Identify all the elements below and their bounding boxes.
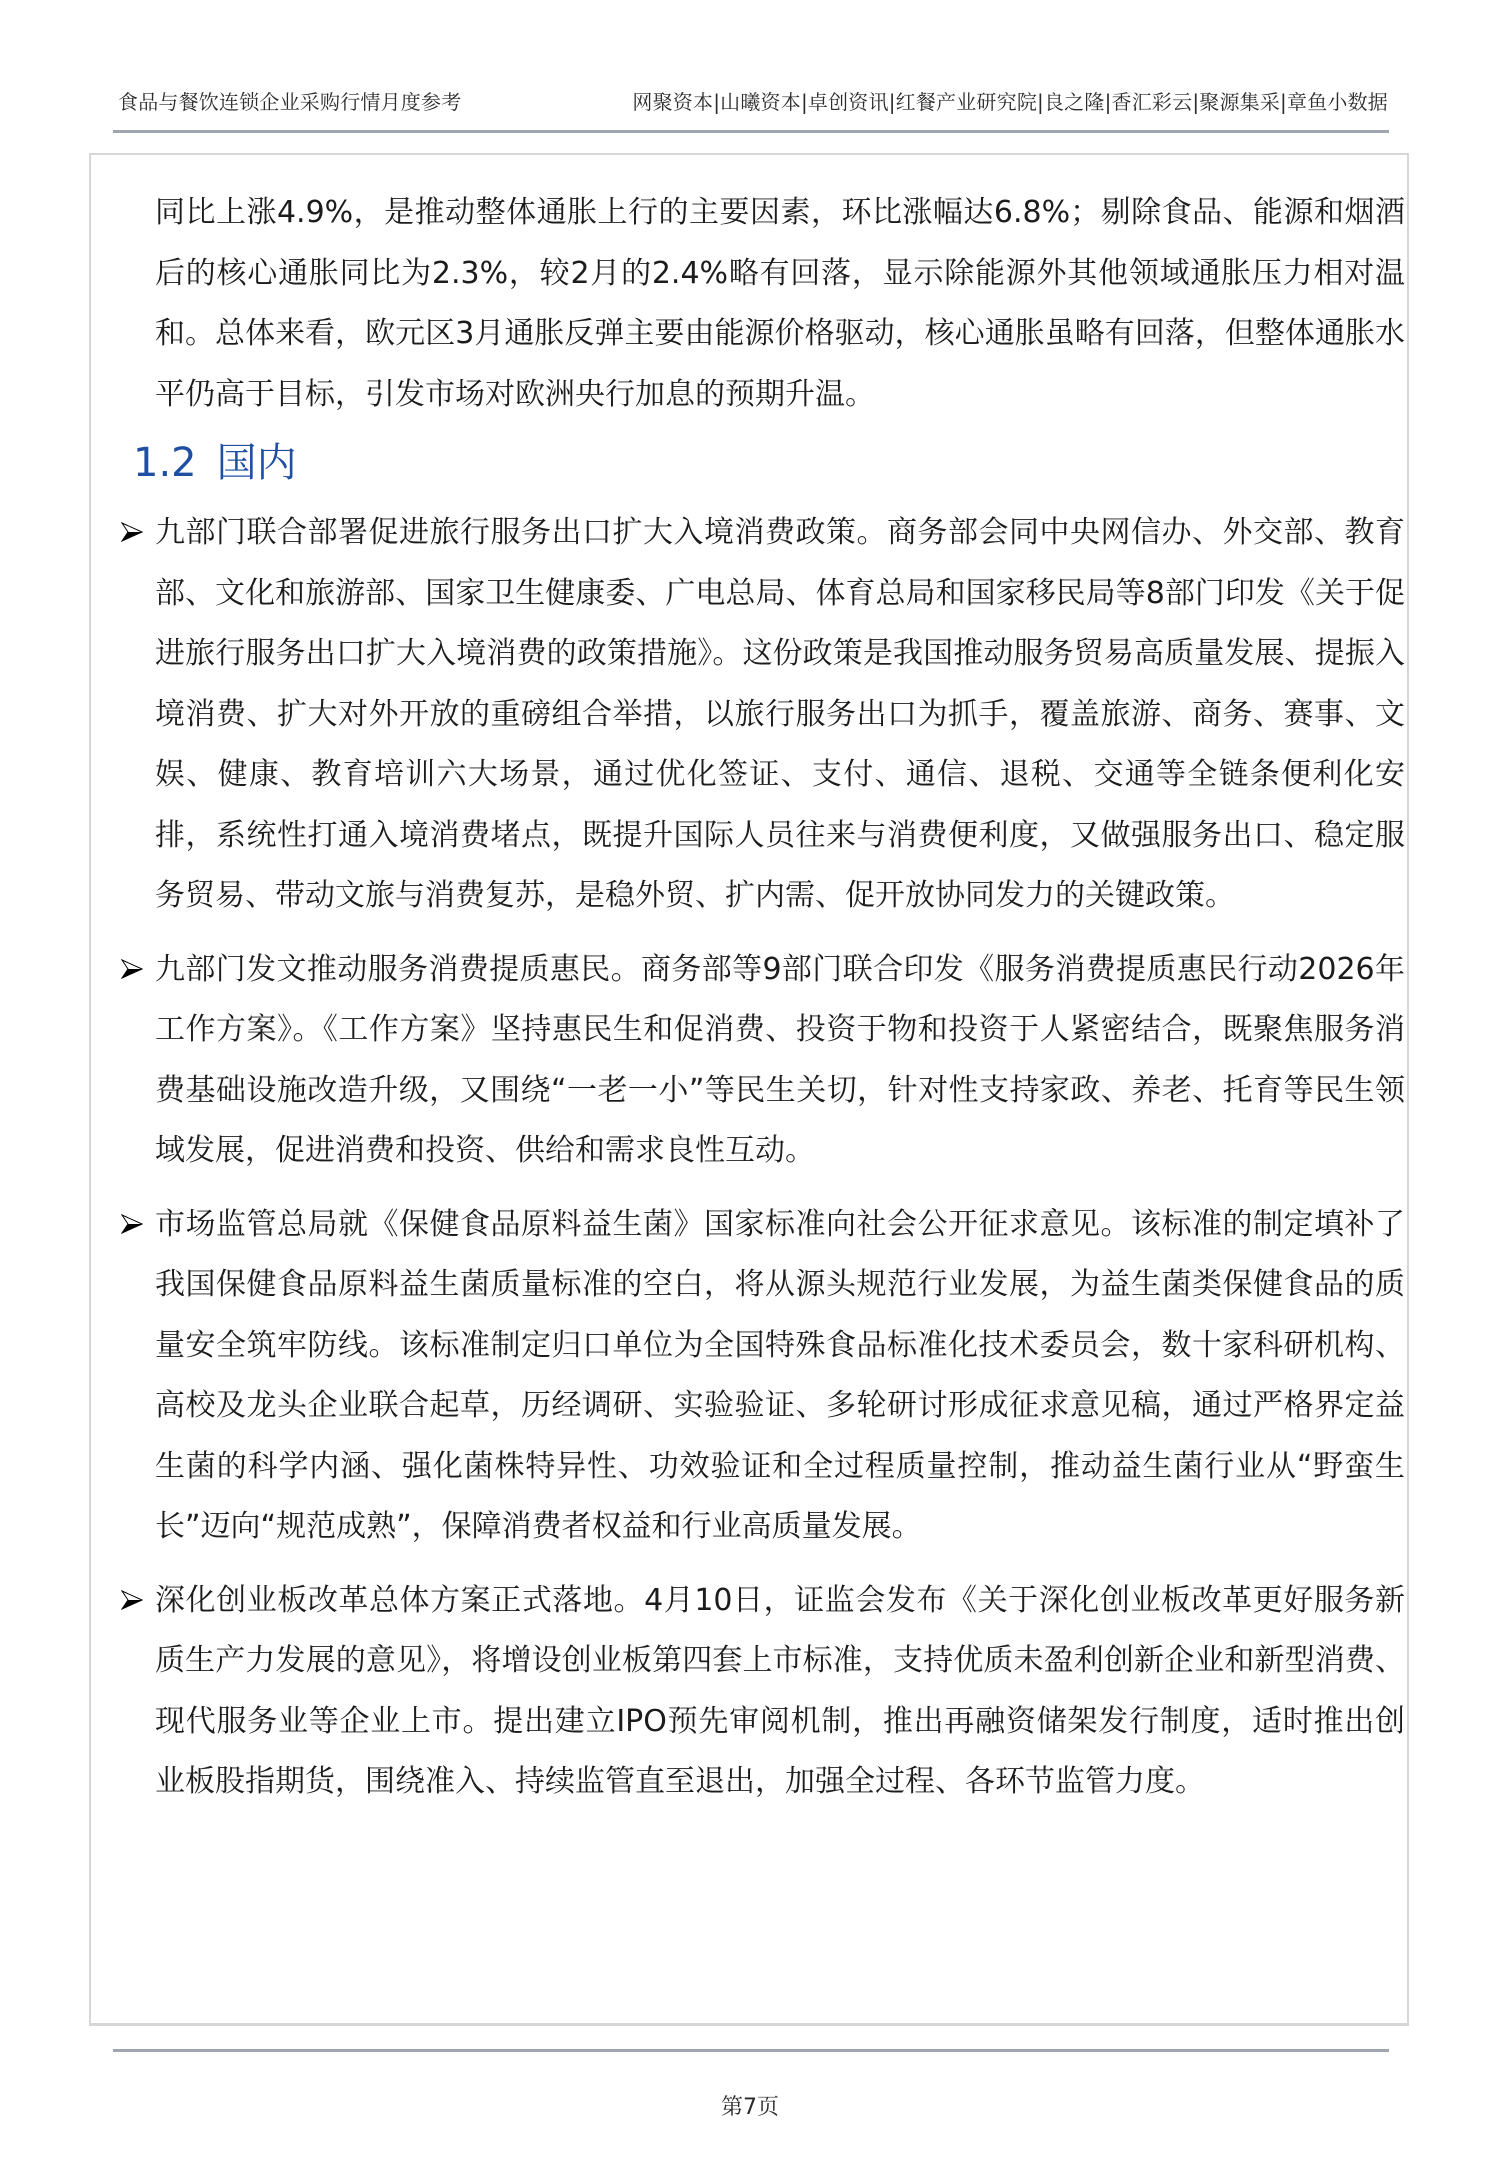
section-title: 国内 [217,440,297,486]
bullet-text: 九部门发文推动服务消费提质惠民。商务部等9部门联合印发《服务消费提质惠民行动20… [155,952,1405,1169]
arrowhead-bullet-icon [121,1589,143,1611]
page-number: 第7页 [0,2090,1500,2121]
document-title: 食品与餐饮连锁企业采购行情月度参考 [118,86,461,115]
section-heading: 1.2国内 [133,433,1405,493]
footer-divider [113,2049,1389,2052]
bullet-item: 深化创业板改革总体方案正式落地。4月10日，证监会发布《关于深化创业板改革更好服… [155,1571,1405,1813]
arrowhead-bullet-icon [121,958,143,980]
bullet-item: 市场监管总局就《保健食品原料益生菌》国家标准向社会公开征求意见。该标准的制定填补… [155,1195,1405,1558]
bullet-item: 九部门联合部署促进旅行服务出口扩大入境消费政策。商务部会同中央网信办、外交部、教… [155,503,1405,927]
page-content: 同比上涨4.9%，是推动整体通胀上行的主要因素，环比涨幅达6.8%；剔除食品、能… [155,183,1405,1826]
arrowhead-bullet-icon [121,521,143,543]
intro-paragraph: 同比上涨4.9%，是推动整体通胀上行的主要因素，环比涨幅达6.8%；剔除食品、能… [155,183,1405,425]
arrowhead-bullet-icon [121,1213,143,1235]
bullet-text: 九部门联合部署促进旅行服务出口扩大入境消费政策。商务部会同中央网信办、外交部、教… [155,515,1405,913]
bullet-text: 市场监管总局就《保健食品原料益生菌》国家标准向社会公开征求意见。该标准的制定填补… [155,1207,1405,1545]
bullet-text: 深化创业板改革总体方案正式落地。4月10日，证监会发布《关于深化创业板改革更好服… [155,1583,1405,1800]
page-header: 食品与餐饮连锁企业采购行情月度参考 网聚资本|山曦资本|卓创资讯|红餐产业研究院… [118,82,1388,118]
source-credits: 网聚资本|山曦资本|卓创资讯|红餐产业研究院|良之隆|香汇彩云|聚源集采|章鱼小… [632,86,1388,115]
section-number: 1.2 [133,440,197,486]
header-divider [113,130,1389,133]
bullet-item: 九部门发文推动服务消费提质惠民。商务部等9部门联合印发《服务消费提质惠民行动20… [155,940,1405,1182]
